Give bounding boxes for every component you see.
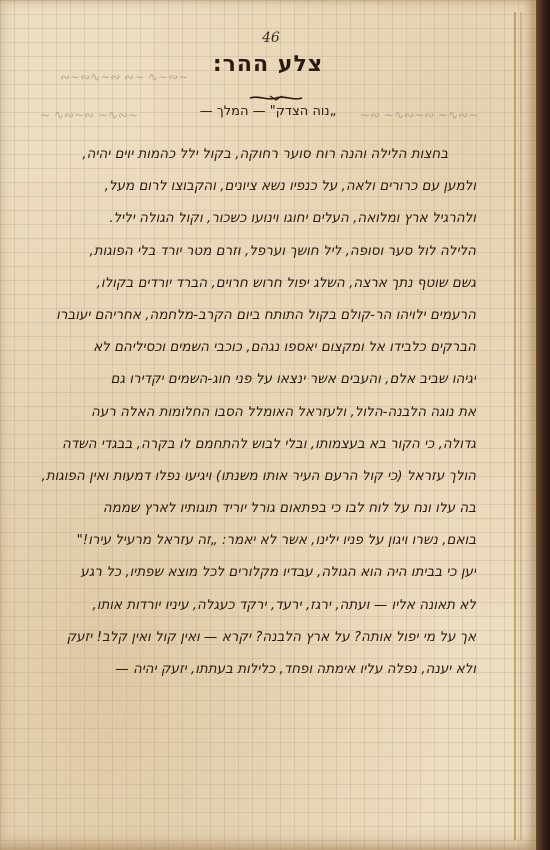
text-line: הברקים כלבידו אל ומקצום יאספו נגהם, כוכב… — [36, 331, 476, 363]
page-title: צלע ההר: — [0, 52, 536, 77]
text-line: הרעמים ילויהו הר-קולם בקול התותח ביום הק… — [36, 299, 476, 331]
text-line: בה עלו ונח על לוח לבו כי בפתאום גורל יור… — [36, 492, 476, 524]
title-underline-flourish — [248, 94, 304, 102]
manuscript-page: ∽∾∽∿ ∽∾ ∾∽∿∾∽∾ ∽∾∿∽ ∾∽∾∿ ∽ ∽∾∿∽ ∾∽∾∿∽ ∾∽… — [0, 0, 536, 850]
text-line: ולהרגיל ארץ ומלואה, העלים יחוגו וינועו כ… — [36, 202, 476, 234]
subtitle: „נוה הצדק" — המלך — — [0, 104, 536, 119]
text-line: לא תאונה אליו — ועתה, ירגז, ירעד, ירקד כ… — [36, 589, 476, 621]
text-line: יגיהו שביב אלם, והעבים אשר ינצאו על פני … — [36, 363, 476, 395]
text-line: גדולה, כי הקור בא בעצמותו, ובלי לבוש להת… — [36, 428, 476, 460]
text-line: אך על מי יפול אותה? על ארץ הלבנה? יקרא —… — [36, 621, 476, 653]
manuscript-body: בחצות הלילה והנה רוח סוער רחוקה, בקול יל… — [36, 138, 476, 685]
text-line: גשם שוטף נתך ארצה, השלג יפול חרוש חרוים,… — [36, 267, 476, 299]
text-line: יען כי בביתו היה הוא הגולה, עבדיו מקלורי… — [36, 556, 476, 588]
text-line: בואם, נשרו ויגון על פניו ילינו, אשר לא י… — [36, 524, 476, 556]
text-line: בחצות הלילה והנה רוח סוער רחוקה, בקול יל… — [36, 138, 476, 170]
page-number: 46 — [262, 30, 280, 46]
text-line: ולא יענה, נפלה עליו אימתה ופחד, כלילות ב… — [36, 653, 476, 685]
page-edge-line — [514, 12, 516, 840]
text-line: את נוגה הלבנה-הלול, ולעזראל האומלל הסבו … — [36, 396, 476, 428]
text-line: הלילה לול סער וסופה, ליל חושך וערפל, וזר… — [36, 235, 476, 267]
page-edge-line — [520, 12, 522, 840]
text-line: הולך עזראל (כי קול הרעם העיר אותו משנתו)… — [36, 460, 476, 492]
book-binding — [536, 0, 550, 850]
text-line: ולמען עם כרורים ולאה, על כנפיו נשא ציוני… — [36, 170, 476, 202]
